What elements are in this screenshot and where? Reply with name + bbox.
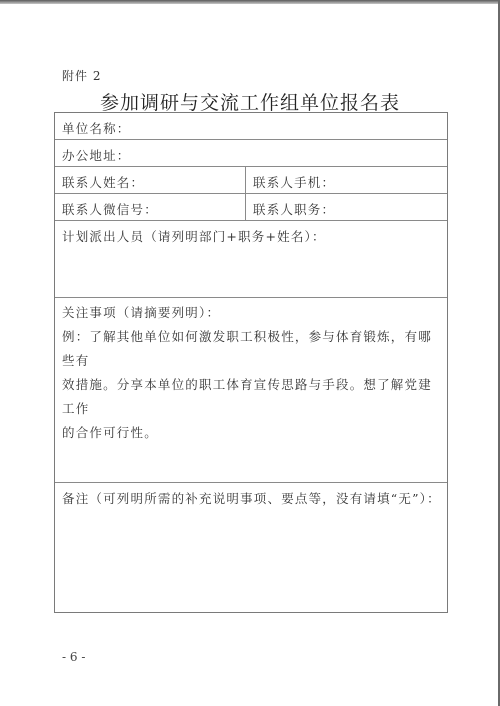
office-address-field[interactable]: 办公地址： [55, 140, 447, 166]
contact-position-field[interactable]: 联系人职务： [246, 194, 448, 220]
row-contact-wechat-position: 联系人微信号： 联系人职务： [55, 194, 447, 221]
scan-edge-top [0, 0, 500, 4]
concerns-field[interactable]: 关注事项（请摘要列明）： 例：了解其他单位如何激发职工积极性，参与体育锻炼，有哪… [55, 298, 447, 482]
row-unit-name: 单位名称： [55, 113, 447, 140]
document-title: 参加调研与交流工作组单位报名表 [0, 88, 500, 115]
unit-name-label: 单位名称： [62, 121, 131, 136]
planned-personnel-field[interactable]: 计划派出人员（请列明部门+职务+姓名）： [55, 221, 447, 297]
row-contact-name-phone: 联系人姓名： 联系人手机： [55, 167, 447, 194]
contact-phone-field[interactable]: 联系人手机： [246, 167, 448, 193]
row-planned-personnel: 计划派出人员（请列明部门+职务+姓名）： [55, 221, 447, 298]
concerns-label: 关注事项（请摘要列明）： [62, 301, 447, 325]
concerns-example-line-2: 效措施。分享本单位的职工体育宣传思路与手段。想了解党建工作 [62, 373, 447, 421]
contact-wechat-field[interactable]: 联系人微信号： [55, 194, 246, 220]
registration-form-table: 单位名称： 办公地址： 联系人姓名： 联系人手机： 联系人微信号： 联系人职务：… [54, 112, 448, 613]
attachment-label: 附件 2 [62, 67, 101, 84]
row-office-address: 办公地址： [55, 140, 447, 167]
unit-name-field[interactable]: 单位名称： [55, 113, 447, 139]
contact-phone-label: 联系人手机： [253, 175, 335, 190]
concerns-example-line-1: 例：了解其他单位如何激发职工积极性，参与体育锻炼，有哪些有 [62, 325, 447, 373]
remarks-label: 备注（可列明所需的补充说明事项、要点等，没有请填“无”）： [62, 491, 441, 506]
contact-name-label: 联系人姓名： [62, 175, 144, 190]
row-remarks: 备注（可列明所需的补充说明事项、要点等，没有请填“无”）： [55, 483, 447, 614]
contact-position-label: 联系人职务： [253, 202, 335, 217]
page-number: - 6 - [62, 650, 85, 664]
row-concerns: 关注事项（请摘要列明）： 例：了解其他单位如何激发职工积极性，参与体育锻炼，有哪… [55, 298, 447, 483]
contact-name-field[interactable]: 联系人姓名： [55, 167, 246, 193]
contact-wechat-label: 联系人微信号： [62, 202, 158, 217]
remarks-field[interactable]: 备注（可列明所需的补充说明事项、要点等，没有请填“无”）： [55, 483, 447, 614]
office-address-label: 办公地址： [62, 148, 131, 163]
planned-personnel-label: 计划派出人员（请列明部门+职务+姓名）： [62, 229, 326, 244]
concerns-example-line-3: 的合作可行性。 [62, 421, 447, 445]
